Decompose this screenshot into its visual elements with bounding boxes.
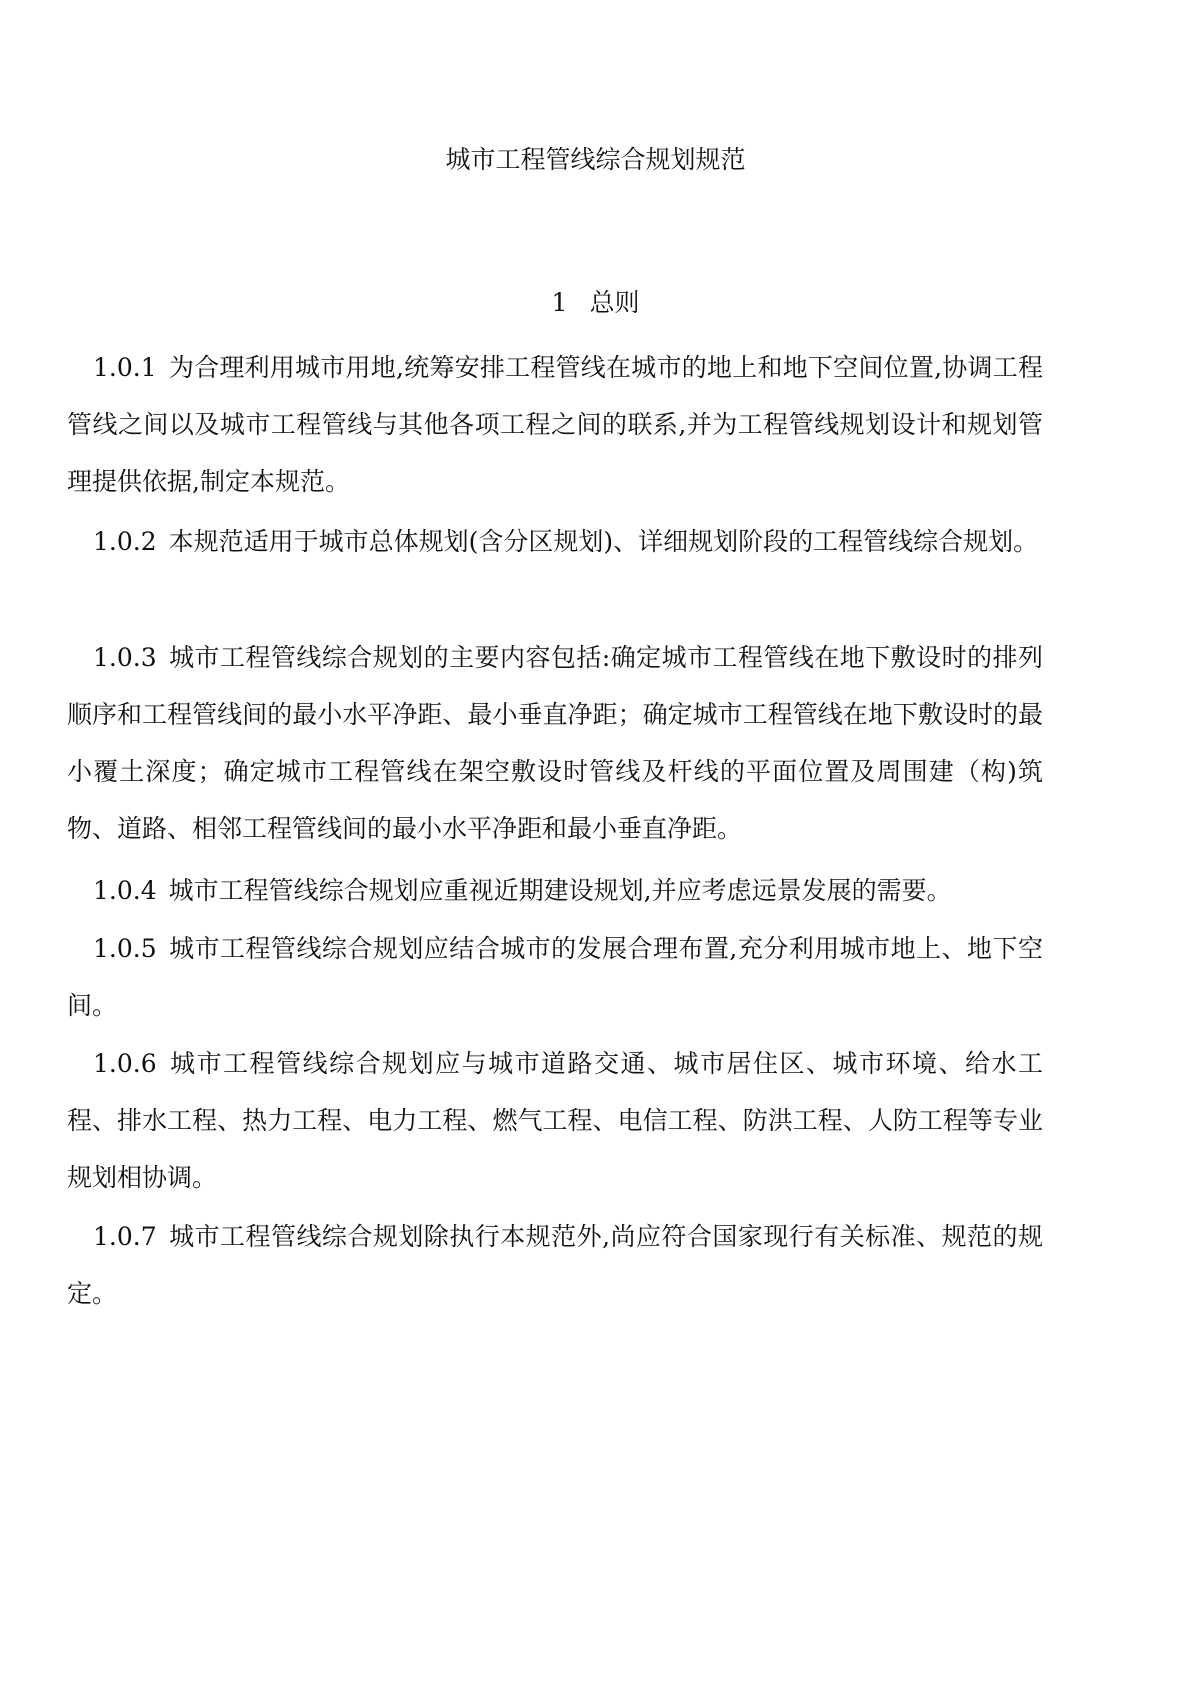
clause-number: 1.0.6 [93, 1049, 157, 1078]
chapter-number: 1 [552, 288, 568, 317]
clause-number: 1.0.3 [93, 643, 157, 672]
clause-number: 1.0.7 [93, 1222, 157, 1251]
document-title: 城市工程管线综合规划规范 [0, 142, 1191, 178]
document-page: 城市工程管线综合规划规范 1总则 1.0.1为合理利用城市用地,统筹安排工程管线… [0, 0, 1191, 1684]
clause-text: 城市工程管线综合规划除执行本规范外,尚应符合国家现行有关标准、规范的规定。 [67, 1222, 1043, 1308]
clause-1-0-4: 1.0.4城市工程管线综合规划应重视近期建设规划,并应考虑远景发展的需要。 [67, 862, 1043, 919]
clause-text: 城市工程管线综合规划应与城市道路交通、城市居住区、城市环境、给水工程、排水工程、… [67, 1049, 1043, 1192]
clause-1-0-1: 1.0.1为合理利用城市用地,统筹安排工程管线在城市的地上和地下空间位置,协调工… [67, 339, 1043, 510]
clause-1-0-3: 1.0.3城市工程管线综合规划的主要内容包括:确定城市工程管线在地下敷设时的排列… [67, 629, 1043, 857]
clause-1-0-5: 1.0.5城市工程管线综合规划应结合城市的发展合理布置,充分利用城市地上、地下空… [67, 920, 1043, 1034]
clause-text: 本规范适用于城市总体规划(含分区规划)、详细规划阶段的工程管线综合规划。 [169, 527, 1039, 556]
chapter-title: 总则 [589, 288, 639, 317]
clause-text: 为合理利用城市用地,统筹安排工程管线在城市的地上和地下空间位置,协调工程管线之间… [67, 353, 1043, 496]
clause-text: 城市工程管线综合规划应结合城市的发展合理布置,充分利用城市地上、地下空间。 [67, 934, 1043, 1020]
clause-number: 1.0.5 [93, 934, 157, 963]
clause-text: 城市工程管线综合规划的主要内容包括:确定城市工程管线在地下敷设时的排列顺序和工程… [67, 643, 1043, 843]
clause-number: 1.0.2 [93, 527, 157, 556]
clause-number: 1.0.1 [93, 353, 157, 382]
clause-1-0-6: 1.0.6城市工程管线综合规划应与城市道路交通、城市居住区、城市环境、给水工程、… [67, 1035, 1043, 1206]
clause-number: 1.0.4 [93, 876, 157, 905]
clause-1-0-7: 1.0.7城市工程管线综合规划除执行本规范外,尚应符合国家现行有关标准、规范的规… [67, 1208, 1043, 1322]
clause-text: 城市工程管线综合规划应重视近期建设规划,并应考虑远景发展的需要。 [169, 876, 952, 905]
clause-1-0-2: 1.0.2本规范适用于城市总体规划(含分区规划)、详细规划阶段的工程管线综合规划… [67, 513, 1043, 570]
chapter-heading: 1总则 [0, 285, 1191, 321]
